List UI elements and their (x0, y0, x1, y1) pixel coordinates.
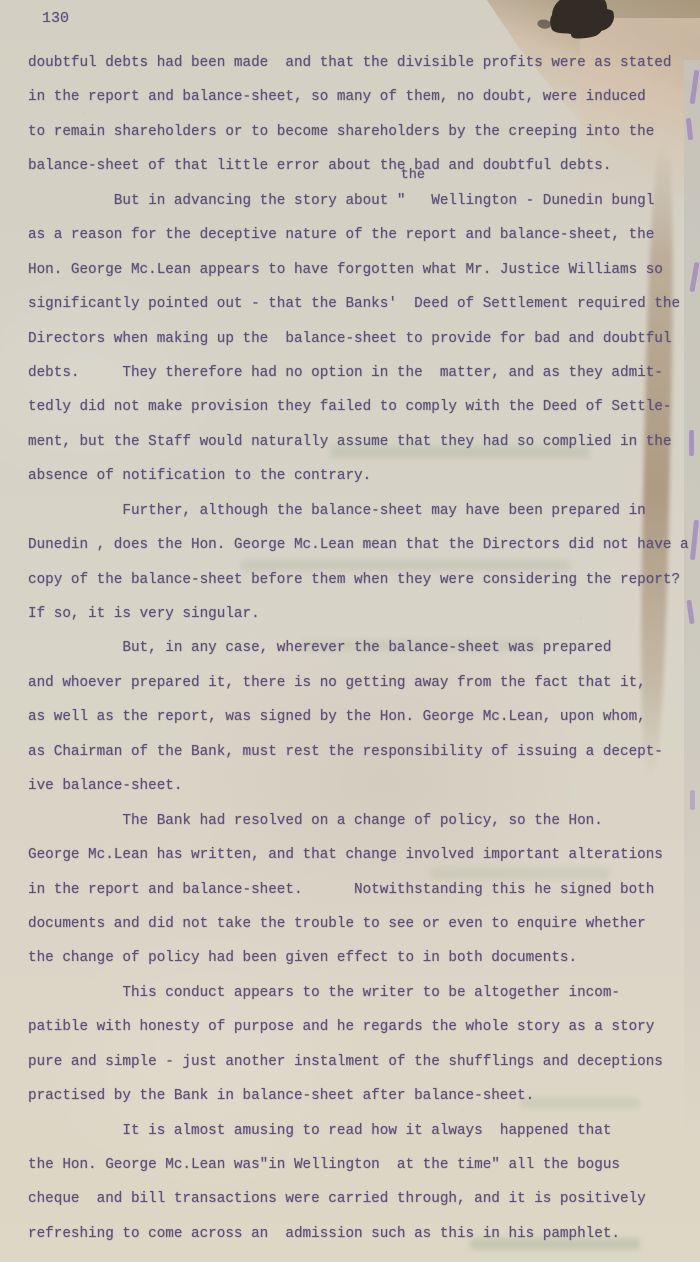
text-line: If so, it is very singular. (28, 597, 700, 631)
text-line: Dunedin , does the Hon. George Mc.Lean m… (28, 528, 700, 562)
text-line: pure and simple - just another instalmen… (28, 1045, 700, 1079)
text-line: cheque and bill transactions were carrie… (28, 1182, 700, 1216)
document-page: 130 doubtful debts had been made and tha… (0, 0, 700, 1262)
text-line: Hon. George Mc.Lean appears to have forg… (28, 253, 700, 287)
text-line: ment, but the Staff would naturally assu… (28, 425, 700, 459)
text-line: The Bank had resolved on a change of pol… (28, 804, 700, 838)
text-line: the Hon. George Mc.Lean was"in Wellingto… (28, 1148, 700, 1182)
text-line: in the report and balance-sheet. Notwith… (28, 873, 700, 907)
text-line: as well as the report, was signed by the… (28, 700, 700, 734)
text-line: copy of the balance-sheet before them wh… (28, 563, 700, 597)
text-line: practised by the Bank in balance-sheet a… (28, 1079, 700, 1113)
typewritten-text: doubtful debts had been made and that th… (28, 46, 700, 1251)
text-line: refreshing to come across an admission s… (28, 1217, 700, 1251)
interlinear-insertion: the (401, 169, 425, 183)
text-line: the change of policy had been given effe… (28, 941, 700, 975)
text-line: ive balance-sheet. (28, 769, 700, 803)
text-line: It is almost amusing to read how it alwa… (28, 1114, 700, 1148)
text-line: Directors when making up the balance-she… (28, 322, 700, 356)
text-line: in the report and balance-sheet, so many… (28, 80, 700, 114)
text-line: to remain shareholders or to become shar… (28, 115, 700, 149)
text-line: George Mc.Lean has written, and that cha… (28, 838, 700, 872)
text-line: as Chairman of the Bank, must rest the r… (28, 735, 700, 769)
text-line: and whoever prepared it, there is no get… (28, 666, 700, 700)
page-number: 130 (42, 10, 69, 27)
text-line: doubtful debts had been made and that th… (28, 46, 700, 80)
text-line: debts. They therefore had no option in t… (28, 356, 700, 390)
text-line: But, in any case, wherever the balance-s… (28, 631, 700, 665)
text-line: balance-sheet of that little error about… (28, 149, 700, 183)
text-line: Further, although the balance-sheet may … (28, 494, 700, 528)
text-line: But in advancing the story about " Welli… (28, 184, 700, 218)
text-line: patible with honesty of purpose and he r… (28, 1010, 700, 1044)
text-line: tedly did not make provision they failed… (28, 390, 700, 424)
text-line: absence of notification to the contrary. (28, 459, 700, 493)
text-line: significantly pointed out - that the Ban… (28, 287, 700, 321)
text-line: documents and did not take the trouble t… (28, 907, 700, 941)
text-line: This conduct appears to the writer to be… (28, 976, 700, 1010)
text-line: as a reason for the deceptive nature of … (28, 218, 700, 252)
ink-blot-stain (548, 0, 611, 39)
